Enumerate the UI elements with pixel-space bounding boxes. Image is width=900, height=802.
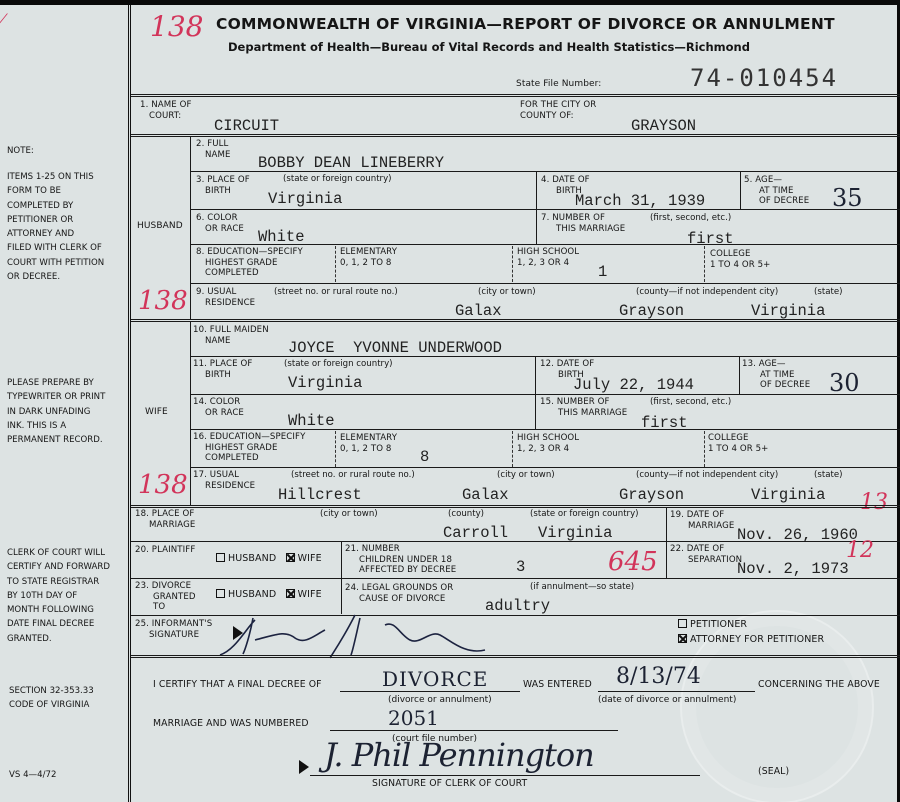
rule [190,136,191,319]
husband-marriage-number-hint: (first, second, etc.) [650,213,731,223]
children-annotation: 645 [608,547,658,577]
wife-county-hint: (county—if not independent city) [636,470,778,480]
rule [512,431,513,467]
rule [704,431,705,467]
form-title: COMMONWEALTH OF VIRGINIA—REPORT OF DIVOR… [216,15,835,33]
rule [535,356,536,394]
rule [191,171,900,172]
form-number: VS 4—4/72 [9,768,56,782]
husband-county-hint: (county—if not independent city) [636,287,778,297]
checkbox-icon [216,553,225,562]
rule [740,171,741,209]
form-subtitle: Department of Health—Bureau of Vital Rec… [228,40,750,54]
seal-label: (SEAL) [758,767,789,778]
rule [131,134,900,137]
husband-college-label: COLLEGE 1 TO 4 OR 5+ [710,249,770,270]
grounds-label: 24. LEGAL GROUNDS OR CAUSE OF DIVORCE [345,583,453,604]
rule [191,283,900,284]
clerk-pointer-icon [299,759,309,778]
state-file-number-label: State File Number: [516,79,601,90]
rule [191,467,900,468]
court-name-label: 1. NAME OF COURT: [140,100,192,121]
note-prepare-instructions: PLEASE PREPARE BY TYPEWRITER OR PRINT IN… [7,376,105,447]
wife-race: White [288,412,335,430]
marriage-place-label: 18. PLACE OF MARRIAGE [135,509,195,530]
wife-residence-street: Hillcrest [278,486,362,504]
rule [131,505,900,508]
rule [335,246,336,282]
marriage-date-label: 19. DATE OF MARRIAGE [670,510,734,531]
rule [536,171,537,209]
rule [131,655,900,658]
granted-wife-checkbox[interactable]: WIFE [286,589,322,600]
husband-high-school-label: HIGH SCHOOL 1, 2, 3 OR 4 [517,247,579,268]
wife-residence-county: Grayson [619,486,684,504]
wife-state-hint: (state) [814,470,842,480]
husband-full-name: BOBBY DEAN LINEBERRY [258,154,444,172]
rule [191,429,900,430]
rule [512,246,513,282]
decree-type: DIVORCE [382,667,488,691]
decree-type-hint: (divorce or annulment) [388,695,492,705]
wife-marriage-number-label: 15. NUMBER OF THIS MARRIAGE [540,397,627,418]
husband-residence-state: Virginia [751,302,825,320]
wife-race-label: 14. COLOR OR RACE [193,397,244,418]
checkbox-icon [678,619,687,628]
note-heading: NOTE: [7,144,34,158]
husband-birthplace: Virginia [268,190,342,208]
wife-age: 30 [829,369,860,397]
rule [536,209,537,244]
wife-city-hint: (city or town) [497,470,555,480]
wife-birthplace-label: 11. PLACE OF BIRTH [193,359,252,380]
plaintiff-label: 20. PLAINTIFF [135,545,195,556]
entered-date: 8/13/74 [616,664,701,689]
wife-birthplace-hint: (state or foreign country) [284,359,393,369]
informant-label: 25. INFORMANT'S SIGNATURE [135,619,212,640]
rule [191,356,900,357]
informant-petitioner-checkbox[interactable]: PETITIONER [678,619,824,631]
court-county-value: GRAYSON [631,117,696,135]
granted-to-label: 23. DIVORCE GRANTED TO [135,581,196,613]
clerk-signature[interactable]: J. Phil Pennington [324,736,594,774]
rule [191,244,900,245]
header-annotation: 138 [150,10,203,43]
husband-birthplace-hint: (state or foreign country) [283,174,392,184]
clerk-signature-line [310,775,700,776]
court-county-label: FOR THE CITY OR COUNTY OF: [520,100,596,121]
children-count: 3 [516,558,525,576]
plaintiff-wife-checkbox[interactable]: WIFE [286,553,322,564]
wife-elementary-value: 8 [420,448,429,466]
checkbox-checked-icon [286,553,295,562]
court-file-line [330,730,618,731]
marriage-state: Virginia [538,524,612,542]
husband-street-hint: (street no. or rural route no.) [274,287,398,297]
rule [191,394,900,395]
entered-date-hint: (date of divorce or annulment) [598,695,736,705]
marriage-county: Carroll [443,524,508,542]
concerning-label: CONCERNING THE ABOVE [758,680,880,691]
rule [191,209,900,210]
wife-education-label: 16. EDUCATION—SPECIFY HIGHEST GRADE COMP… [193,432,305,464]
separation-annotation: 12 [846,538,874,563]
wife-marriage-number-hint: (first, second, etc.) [650,397,731,407]
note-clerk-instructions: CLERK OF COURT WILL CERTIFY AND FORWARD … [7,546,110,646]
wife-residence-state: Virginia [751,486,825,504]
plaintiff-husband-checkbox[interactable]: HUSBAND [216,553,276,564]
note-code-section: SECTION 32-353.33 CODE OF VIRGINIA [9,684,94,713]
rule [190,322,191,505]
rule [131,541,900,542]
wife-dob: July 22, 1944 [573,376,694,394]
rule [739,356,740,394]
husband-education-label: 8. EDUCATION—SPECIFY HIGHEST GRADE COMPL… [196,247,303,279]
clerk-signature-label: SIGNATURE OF CLERK OF COURT [372,779,527,790]
rule [335,431,336,467]
husband-residence-county: Grayson [619,302,684,320]
court-name-value: CIRCUIT [214,117,279,135]
wife-residence-city: Galax [462,486,509,504]
husband-age: 35 [832,184,863,212]
plaintiff-options: HUSBAND WIFE [216,553,322,565]
wife-street-hint: (street no. or rural route no.) [291,470,415,480]
separation-label: 22. DATE OF SEPARATION [670,544,742,565]
husband-name-label: 2. FULL NAME [196,139,231,160]
children-label: 21. NUMBER CHILDREN UNDER 18 AFFECTED BY… [345,544,456,576]
state-file-number: 74-010454 [690,64,838,92]
note-items-instructions: ITEMS 1-25 ON THIS FORM TO BE COMPLETED … [7,170,104,284]
rule [535,394,536,429]
husband-annotation: 138 [138,286,188,316]
checkbox-checked-icon [286,589,295,598]
entered-label: WAS ENTERED [523,680,592,691]
granted-husband-checkbox[interactable]: HUSBAND [216,589,276,600]
husband-elementary-label: ELEMENTARY 0, 1, 2 TO 8 [340,247,397,268]
informant-attorney-checkbox[interactable]: ATTORNEY FOR PETITIONER [678,634,824,646]
checkbox-icon [216,589,225,598]
marriage-state-hint: (state or foreign country) [530,509,639,519]
husband-dob: March 31, 1939 [575,192,705,210]
separation-date: Nov. 2, 1973 [737,560,849,578]
wife-annotation: 138 [138,470,188,500]
margin-divider [128,5,131,802]
entered-date-line [598,691,755,692]
marriage-date-annotation: 13 [860,490,888,515]
rule [131,94,900,97]
wife-full-name: JOYCE YVONNE UNDERWOOD [288,339,502,357]
scan-top-edge [0,0,900,5]
wife-age-label: 13. AGE— AT TIME OF DECREE [742,359,810,391]
wife-high-school-label: HIGH SCHOOL 1, 2, 3 OR 4 [517,433,579,454]
rule [131,319,900,322]
informant-signature[interactable] [215,610,505,660]
rule [704,246,705,282]
husband-high-school-value: 1 [598,263,607,281]
rule [666,507,667,578]
wife-section-label: WIFE [145,407,168,418]
husband-section-label: HUSBAND [137,221,183,232]
wife-elementary-label: ELEMENTARY 0, 1, 2 TO 8 [340,433,397,454]
husband-state-hint: (state) [814,287,842,297]
decree-type-line [340,691,520,692]
wife-residence-label: 17. USUAL RESIDENCE [193,470,255,491]
margin-pen-mark: ⁄ [2,12,4,28]
husband-race-label: 6. COLOR OR RACE [196,213,244,234]
wife-college-label: COLLEGE 1 TO 4 OR 5+ [708,433,768,454]
checkbox-checked-icon [678,634,687,643]
certify-prefix: I CERTIFY THAT A FINAL DECREE OF [153,680,322,691]
marriage-city-hint: (city or town) [320,509,378,519]
informant-options: PETITIONER ATTORNEY FOR PETITIONER [678,619,824,645]
granted-to-options: HUSBAND WIFE [216,589,322,601]
husband-residence-city: Galax [455,302,502,320]
rule [131,578,900,579]
husband-age-label: 5. AGE— AT TIME OF DECREE [744,175,809,207]
husband-birthplace-label: 3. PLACE OF BIRTH [196,175,250,196]
husband-residence-label: 9. USUAL RESIDENCE [196,287,255,308]
court-file-number: 2051 [388,706,439,730]
husband-marriage-number-label: 7. NUMBER OF THIS MARRIAGE [541,213,625,234]
marriage-county-hint: (county) [448,509,484,519]
wife-name-label: 10. FULL MAIDEN NAME [193,325,269,346]
numbered-prefix: MARRIAGE AND WAS NUMBERED [153,719,309,730]
husband-city-hint: (city or town) [478,287,536,297]
husband-marriage-number: first [687,230,734,248]
grounds-hint: (if annulment—so state) [530,582,634,592]
wife-birthplace: Virginia [288,374,362,392]
